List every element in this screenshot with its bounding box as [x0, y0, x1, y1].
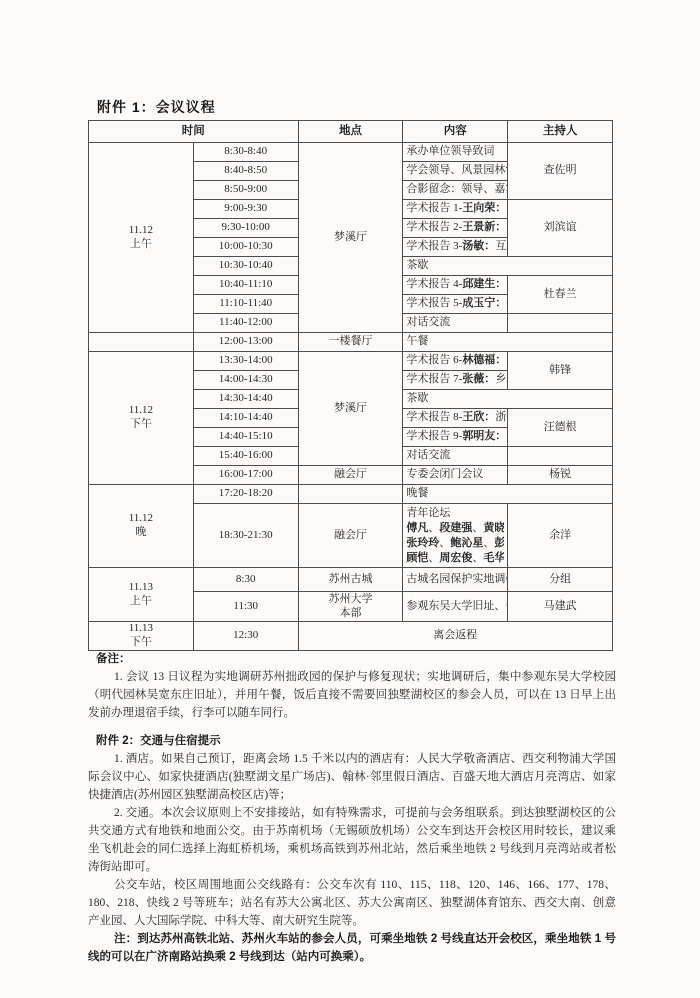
speaker-name: 顾恺 — [406, 552, 428, 564]
time-cell: 8:50-9:00 — [193, 181, 298, 200]
time-cell: 11:10-11:40 — [193, 295, 298, 314]
speaker-name: 黄晓 — [483, 522, 504, 534]
loc-cell: 融会厅 — [298, 466, 403, 485]
cell-text: 学术报告 4- — [406, 278, 462, 290]
cell-text: 承办单位领导致词 — [406, 145, 494, 157]
content-cell: 青年论坛傅凡、段建强、黄晓：传统园林法式再论张玲玲、鲍沁星、彭孟宏：传统村落的建… — [403, 504, 508, 568]
cell-text: 浙江传统乡村园林地域特色发生机制初 — [495, 411, 507, 423]
cell-text: 学术报告 9- — [406, 430, 462, 442]
cell-line: 青年论坛 — [406, 506, 504, 521]
content-cell: 对话交流 — [403, 314, 508, 333]
cell-line: 顾恺、周宏俊、毛华松：历史理论项目的基金申报 — [406, 551, 504, 566]
spacer — [88, 722, 616, 732]
time-cell: 16:00-17:00 — [193, 466, 298, 485]
loc-cell: 梦溪厅 — [298, 143, 403, 333]
date-cell: 11.13上午 — [89, 568, 194, 622]
cell-text: 对话交流 — [406, 449, 450, 461]
hotel-paragraph: 1. 酒店。如果自己预订，距离会场 1.5 千米以内的酒店有：人民大学敬斋酒店、… — [88, 750, 616, 804]
scanned-document-page: 附件 1：会议议程 时间地点内容主持人11.12上午8:30-8:40梦溪厅承办… — [0, 0, 700, 998]
column-header: 主持人 — [508, 121, 613, 143]
host-cell: 韩锋 — [508, 352, 613, 390]
speaker-name: 鲍沁星 — [450, 537, 483, 549]
loc-cell: 一楼餐厅 — [298, 333, 403, 352]
time-cell: 10:00-10:30 — [193, 238, 298, 257]
content-cell: 学术报告 5-成玉宁：《中国园林史》规划教材问题与新编 — [403, 295, 508, 314]
cell-text: 茶歇 — [406, 259, 428, 271]
date-cell: 11.12上午 — [89, 143, 194, 333]
date-cell: 11.13下午 — [89, 622, 194, 651]
beizhu-heading: 备注： — [88, 650, 616, 668]
content-cell: 对话交流 — [403, 447, 508, 466]
host-cell — [508, 447, 613, 466]
content-cell: 离会返程 — [298, 622, 612, 651]
host-cell: 查佐明 — [508, 143, 613, 200]
cell-text: 、 — [472, 552, 483, 564]
cell-text: 中国历史名村变迁与当代美丽乡村建 — [506, 221, 507, 233]
time-cell: 8:30 — [193, 568, 298, 592]
content-cell: 学术报告 1-王向荣：乡村景观的可持续发展途径 — [403, 200, 508, 219]
host-cell: 马建武 — [508, 592, 613, 622]
time-cell: 9:00-9:30 — [193, 200, 298, 219]
loc-cell: 梦溪厅 — [298, 352, 403, 466]
transfer-note: 注：到达苏州高铁北站、苏州火车站的参会人员，可乘坐地铁 2 号线直达开会校区，乘… — [88, 930, 616, 966]
cell-line: 张玲玲、鲍沁星、彭孟宏：传统村落的建筑与园林景观 — [406, 536, 504, 551]
time-cell: 9:30-10:00 — [193, 219, 298, 238]
cell-text: 离会返程 — [433, 629, 477, 641]
table-row: 12:00-13:00一楼餐厅午餐 — [89, 333, 613, 352]
host-cell: 分组 — [508, 568, 613, 592]
time-cell: 10:30-10:40 — [193, 257, 298, 276]
speaker-name: 张薇： — [462, 373, 495, 385]
content-cell: 学术报告 2-王景新：中国历史名村变迁与当代美丽乡村建 — [403, 219, 508, 238]
speaker-name: 汤敏： — [462, 240, 495, 252]
column-header: 时间 — [89, 121, 299, 143]
agenda-table: 时间地点内容主持人11.12上午8:30-8:40梦溪厅承办单位领导致词查佐明8… — [88, 120, 613, 651]
cell-text: 晚餐 — [406, 487, 428, 499]
time-cell: 14:40-15:10 — [193, 428, 298, 447]
time-cell: 8:40-8:50 — [193, 162, 298, 181]
cell-text: 、 — [472, 522, 483, 534]
time-cell: 15:40-16:00 — [193, 447, 298, 466]
content-cell: 晚餐 — [403, 485, 613, 504]
content-cell: 学术报告 8-王欣：浙江传统乡村园林地域特色发生机制初 — [403, 409, 508, 428]
cell-text: 学会领导、风景园林学教指委主任 — [406, 164, 507, 176]
content-cell: 茶歇 — [403, 390, 613, 409]
content-cell: 专委会闭门会议 — [403, 466, 508, 485]
date-cell: 11.12晚 — [89, 485, 194, 568]
speaker-name: 王向荣： — [462, 202, 506, 214]
host-cell: 刘滨谊 — [508, 200, 613, 257]
date-cell: 11.12下午 — [89, 352, 194, 485]
cell-text: 参观东吴大学旧址、午餐 — [406, 600, 507, 612]
cell-text: 、 — [428, 522, 439, 534]
speaker-name: 林德福： — [462, 354, 506, 366]
speaker-name: 邱建生： — [462, 278, 506, 290]
speaker-name: 王景新： — [462, 221, 506, 233]
host-cell: 余洋 — [508, 504, 613, 568]
host-cell: 汪德根 — [508, 409, 613, 447]
date-cell — [89, 333, 194, 352]
content-cell: 古城名园保护实地调研：拙政园、苏州博物馆 — [403, 568, 508, 592]
cell-text: 学术报告 7- — [406, 373, 462, 385]
cell-text: 茶歇 — [406, 392, 428, 404]
cell-text: 学术报告 5- — [406, 297, 462, 309]
table-row: 11.13上午8:30苏州古城古城名园保护实地调研：拙政园、苏州博物馆分组 — [89, 568, 613, 592]
content-cell: 午餐 — [403, 333, 613, 352]
speaker-name: 毛华松 — [483, 552, 504, 564]
cell-text: 乡野银杏景观保护与活化发展的思考 — [495, 373, 507, 385]
column-header: 内容 — [403, 121, 508, 143]
beizhu-paragraph: 1. 会议 13 日议程为实地调研苏州拙政园的保护与修复现状；实地调研后，集中参… — [88, 668, 616, 722]
speaker-name: 彭孟宏 — [494, 537, 504, 549]
time-cell: 18:30-21:30 — [193, 504, 298, 568]
table-row: 11.12下午13:30-14:00梦溪厅学术报告 6-林德福：乡村民宿与乡村“… — [89, 352, 613, 371]
notes-section: 备注： 1. 会议 13 日议程为实地调研苏州拙政园的保护与修复现状；实地调研后… — [88, 650, 616, 966]
cell-text: 、 — [483, 537, 494, 549]
loc-cell: 苏州古城 — [298, 568, 403, 592]
table-header-row: 时间地点内容主持人 — [89, 121, 613, 143]
column-header: 地点 — [298, 121, 403, 143]
content-cell: 学术报告 3-汤敏：互联网公益 PPP 与新乡贤模式助推乡村 — [403, 238, 508, 257]
table-row: 11.13下午12:30离会返程 — [89, 622, 613, 651]
time-cell: 12:00-13:00 — [193, 333, 298, 352]
content-cell: 学会领导、风景园林学教指委主任杨锐教授致辞 — [403, 162, 508, 181]
cell-text: 午餐 — [406, 335, 428, 347]
bus-paragraph: 公交车站，校区周围地面公交线路有：公交车次有 110、115、118、120、1… — [88, 876, 616, 930]
traffic-paragraph: 2. 交通。本次会议原则上不安排接站，如有特殊需求，可提前与会务组联系。到达独墅… — [88, 804, 616, 876]
content-cell: 茶歇 — [403, 257, 613, 276]
content-cell: 承办单位领导致词 — [403, 143, 508, 162]
speaker-name: 郭明友： — [462, 430, 506, 442]
cell-text: 互联网公益 PPP 与新乡贤模式助推乡村 — [495, 240, 507, 252]
cell-text: 学术报告 1- — [406, 202, 462, 214]
loc-cell: 苏州大学本部 — [298, 592, 403, 622]
cell-text: 合影留念：领导、嘉宾、专委会参会人员、风景园林系老师 — [406, 183, 507, 195]
cell-text: 学术报告 8- — [406, 411, 462, 423]
content-cell: 学术报告 7-张薇：乡野银杏景观保护与活化发展的思考 — [403, 371, 508, 390]
content-cell: 学术报告 6-林德福：乡村民宿与乡村“社区营造” — [403, 352, 508, 371]
time-cell: 10:40-11:10 — [193, 276, 298, 295]
speaker-name: 王欣： — [462, 411, 495, 423]
table-row: 11.12上午8:30-8:40梦溪厅承办单位领导致词查佐明 — [89, 143, 613, 162]
time-cell: 13:30-14:00 — [193, 352, 298, 371]
time-cell: 14:30-14:40 — [193, 390, 298, 409]
content-cell: 参观东吴大学旧址、午餐 — [403, 592, 508, 622]
time-cell: 11:40-12:00 — [193, 314, 298, 333]
cell-text: 中国传统村落园林审美特质与现代价 — [506, 430, 507, 442]
host-cell: 杨锐 — [508, 466, 613, 485]
time-cell: 12:30 — [193, 622, 298, 651]
fujian2-heading: 附件 2：交通与住宿提示 — [88, 732, 616, 750]
content-cell: 学术报告 9-郭明友：中国传统村落园林审美特质与现代价 — [403, 428, 508, 447]
cell-text: 《中国园林史》规划教材问题与新编 — [506, 297, 507, 309]
host-cell — [508, 314, 613, 333]
loc-cell: 融会厅 — [298, 504, 403, 568]
speaker-name: 傅凡 — [406, 522, 428, 534]
speaker-name: 段建强 — [439, 522, 472, 534]
cell-text: 学术报告 3- — [406, 240, 462, 252]
cell-text: 学术报告 2- — [406, 221, 462, 233]
speaker-name: 成玉宁： — [462, 297, 506, 309]
table-row: 11.12晚17:20-18:20晚餐 — [89, 485, 613, 504]
loc-cell — [298, 485, 403, 504]
time-cell: 14:10-14:40 — [193, 409, 298, 428]
host-cell: 杜春兰 — [508, 276, 613, 314]
time-cell: 11:30 — [193, 592, 298, 622]
time-cell: 14:00-14:30 — [193, 371, 298, 390]
content-cell: 合影留念：领导、嘉宾、专委会参会人员、风景园林系老师 — [403, 181, 508, 200]
cell-text: 学术报告 6- — [406, 354, 462, 366]
speaker-name: 周宏俊 — [439, 552, 472, 564]
cell-line: 傅凡、段建强、黄晓：传统园林法式再论 — [406, 521, 504, 536]
cell-text: 古城名园保护实地调研：拙政园、苏州博物馆 — [406, 573, 507, 585]
cell-text: 、 — [428, 552, 439, 564]
content-cell: 学术报告 4-邱建生：在地化知识与乡村可持续发展 — [403, 276, 508, 295]
time-cell: 8:30-8:40 — [193, 143, 298, 162]
cell-text: 对话交流 — [406, 316, 450, 328]
time-cell: 17:20-18:20 — [193, 485, 298, 504]
speaker-name: 张玲玲 — [406, 537, 439, 549]
cell-text: 、 — [439, 537, 450, 549]
cell-text: 专委会闭门会议 — [406, 468, 483, 480]
cell-text: 青年论坛 — [406, 507, 450, 519]
page-title: 附件 1：会议议程 — [97, 97, 216, 117]
